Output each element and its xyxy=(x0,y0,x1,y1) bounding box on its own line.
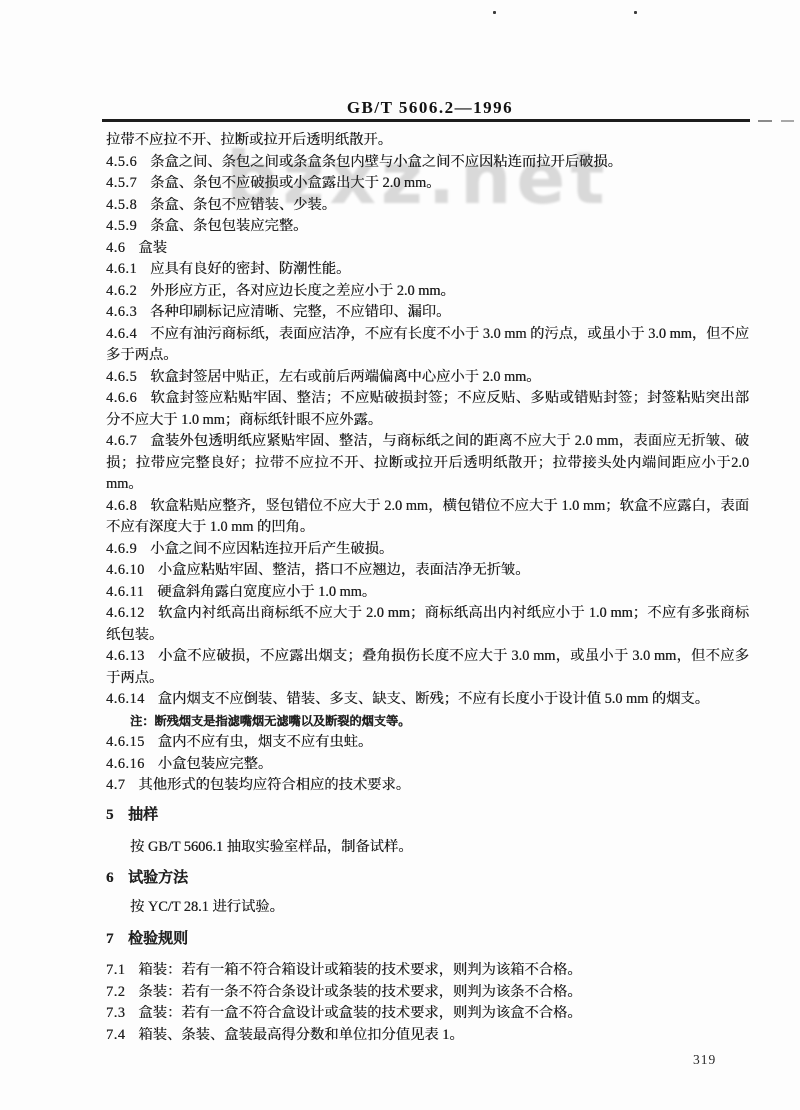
note-line: 注：断残烟支是指滤嘴烟无滤嘴以及断裂的烟支等。 xyxy=(106,711,749,733)
clause-4-6-10: 4.6.10小盒应粘贴牢固、整洁，搭口不应翘边，表面洁净无折皱。 xyxy=(106,560,749,582)
clause-number: 7.2 xyxy=(106,984,125,1000)
clause-number: 4.6.3 xyxy=(106,304,137,320)
clause-text: 不应有油污商标纸，表面应洁净，不应有长度不小于 3.0 mm 的污点，或虽小于 … xyxy=(106,326,749,364)
standard-code-header: GB/T 5606.2—1996 xyxy=(106,98,754,118)
clause-number: 4.6.15 xyxy=(106,734,145,750)
clause-4-6-9: 4.6.9小盒之间不应因粘连拉开后产生破损。 xyxy=(106,539,749,561)
clause-text: 软盒封签应粘贴牢固、整洁；不应贴破损封签；不应反贴、多贴或错贴封签；封签粘贴突出… xyxy=(106,390,749,428)
clause-number: 4.6.5 xyxy=(106,369,137,385)
clause-text: 箱装、条装、盒装最高得分数和单位扣分值见表 1。 xyxy=(138,1027,463,1043)
clause-4-6-6: 4.6.6软盒封签应粘贴牢固、整洁；不应贴破损封签；不应反贴、多贴或错贴封签；封… xyxy=(106,388,749,431)
clause-number: 4.5.7 xyxy=(106,175,137,191)
clause-text: 条盒、条包不应破损或小盒露出大于 2.0 mm。 xyxy=(150,175,440,191)
section-title: 抽样 xyxy=(128,807,158,823)
section-paragraph: 按 GB/T 5606.1 抽取实验室样品，制备试样。 xyxy=(106,837,749,859)
clause-number: 4.6.11 xyxy=(106,584,144,600)
clause-number: 4.6.12 xyxy=(106,605,145,621)
clause-number: 7.3 xyxy=(106,1005,125,1021)
section-heading-sampling: 5抽样 xyxy=(106,805,749,827)
clause-number: 7.4 xyxy=(106,1027,125,1043)
section-number: 7 xyxy=(106,931,114,947)
clause-4-5-9: 4.5.9条盒、条包包装应完整。 xyxy=(106,216,749,238)
clause-number: 4.6.7 xyxy=(106,433,137,449)
scan-speck xyxy=(493,11,496,14)
header-divider-rule xyxy=(102,119,750,122)
clause-4-6-3: 4.6.3各种印刷标记应清晰、完整，不应错印、漏印。 xyxy=(106,302,749,324)
clause-text: 条装：若有一条不符合条设计或条装的技术要求，则判为该条不合格。 xyxy=(138,984,581,1000)
clause-number: 4.6.10 xyxy=(106,562,145,578)
clause-text: 应具有良好的密封、防潮性能。 xyxy=(150,261,350,277)
clause-7-3: 7.3盒装：若有一盒不符合盒设计或盒装的技术要求，则判为该盒不合格。 xyxy=(106,1003,749,1025)
section-number: 5 xyxy=(106,807,114,823)
clause-text: 盒装 xyxy=(138,240,167,256)
clause-4-5-8: 4.5.8条盒、条包不应错装、少装。 xyxy=(106,195,749,217)
clause-text: 小盒不应破损，不应露出烟支；叠角损伤长度不应大于 3.0 mm，或虽小于 3.0… xyxy=(106,648,749,686)
clause-text: 箱装：若有一箱不符合箱设计或箱装的技术要求，则判为该箱不合格。 xyxy=(138,962,581,978)
clause-4-6-1: 4.6.1应具有良好的密封、防潮性能。 xyxy=(106,259,749,281)
clause-number: 4.6.1 xyxy=(106,261,137,277)
clause-4-6-13: 4.6.13小盒不应破损，不应露出烟支；叠角损伤长度不应大于 3.0 mm，或虽… xyxy=(106,646,749,689)
page-number: 319 xyxy=(693,1052,716,1068)
clause-4-6-4: 4.6.4不应有油污商标纸，表面应洁净，不应有长度不小于 3.0 mm 的污点，… xyxy=(106,324,749,367)
clause-7-1: 7.1箱装：若有一箱不符合箱设计或箱装的技术要求，则判为该箱不合格。 xyxy=(106,960,749,982)
clause-4-6-12: 4.6.12软盒内衬纸高出商标纸不应大于 2.0 mm；商标纸高出内衬纸应小于 … xyxy=(106,603,749,646)
note-text: 注：断残烟支是指滤嘴烟无滤嘴以及断裂的烟支等。 xyxy=(130,714,410,728)
clause-7-4: 7.4箱装、条装、盒装最高得分数和单位扣分值见表 1。 xyxy=(106,1025,749,1047)
clause-text: 软盒粘贴应整齐，竖包错位不应大于 2.0 mm，横包错位不应大于 1.0 mm；… xyxy=(106,498,749,536)
clause-4-6-11: 4.6.11硬盒斜角露白宽度应小于 1.0 mm。 xyxy=(106,582,749,604)
clause-number: 4.6.8 xyxy=(106,498,137,514)
section-title: 检验规则 xyxy=(128,931,188,947)
header-rule-fragment xyxy=(781,120,794,122)
clause-7-2: 7.2条装：若有一条不符合条设计或条装的技术要求，则判为该条不合格。 xyxy=(106,982,749,1004)
clause-4-6-15: 4.6.15盒内不应有虫，烟支不应有虫蛀。 xyxy=(106,732,749,754)
paragraph-text: 按 YC/T 28.1 进行试验。 xyxy=(130,899,284,915)
inspection-rule-list: 7.1箱装：若有一箱不符合箱设计或箱装的技术要求，则判为该箱不合格。 7.2条装… xyxy=(106,960,749,1046)
scan-speck xyxy=(634,11,637,14)
document-body: 拉带不应拉不开、拉断或拉开后透明纸散开。 4.5.6条盒之间、条包之间或条盒条包… xyxy=(106,130,749,1046)
clause-text: 小盒包装应完整。 xyxy=(158,756,272,772)
clause-text: 拉带不应拉不开、拉断或拉开后透明纸散开。 xyxy=(106,132,392,148)
clause-text: 其他形式的包装均应符合相应的技术要求。 xyxy=(138,777,410,793)
section-heading-inspection-rules: 7检验规则 xyxy=(106,929,749,951)
clause-4-6-2: 4.6.2外形应方正，各对应边长度之差应小于 2.0 mm。 xyxy=(106,281,749,303)
clause-text: 小盒之间不应因粘连拉开后产生破损。 xyxy=(150,541,393,557)
clause-text: 小盒应粘贴牢固、整洁，搭口不应翘边，表面洁净无折皱。 xyxy=(158,562,530,578)
clause-4-6: 4.6盒装 xyxy=(106,238,749,260)
clause-number: 4.6.4 xyxy=(106,326,137,342)
clause-number: 4.6.6 xyxy=(106,390,137,406)
clause-4-6-5: 4.6.5软盒封签居中贴正，左右或前后两端偏离中心应小于 2.0 mm。 xyxy=(106,367,749,389)
clause-continuation: 拉带不应拉不开、拉断或拉开后透明纸散开。 xyxy=(106,130,749,152)
clause-4-6-16: 4.6.16小盒包装应完整。 xyxy=(106,754,749,776)
clause-text: 盒装：若有一盒不符合盒设计或盒装的技术要求，则判为该盒不合格。 xyxy=(138,1005,581,1021)
clause-text: 各种印刷标记应清晰、完整，不应错印、漏印。 xyxy=(150,304,450,320)
clause-4-6-8: 4.6.8软盒粘贴应整齐，竖包错位不应大于 2.0 mm，横包错位不应大于 1.… xyxy=(106,496,749,539)
clause-text: 盒内烟支不应倒装、错装、多支、缺支、断残；不应有长度小于设计值 5.0 mm 的… xyxy=(158,691,709,707)
scanned-document-page: bzxz.net GB/T 5606.2—1996 拉带不应拉不开、拉断或拉开后… xyxy=(0,0,800,1110)
section-title: 试验方法 xyxy=(128,870,188,886)
clause-text: 盒装外包透明纸应紧贴牢固、整洁，与商标纸之间的距离不应大于 2.0 mm，表面应… xyxy=(106,433,749,492)
clause-number: 4.6.13 xyxy=(106,648,145,664)
header-rule-fragment xyxy=(758,120,772,122)
clause-number: 4.6 xyxy=(106,240,125,256)
clause-number: 4.6.14 xyxy=(106,691,145,707)
clause-text: 外形应方正，各对应边长度之差应小于 2.0 mm。 xyxy=(150,283,455,299)
clause-text: 软盒内衬纸高出商标纸不应大于 2.0 mm；商标纸高出内衬纸应小于 1.0 mm… xyxy=(106,605,749,643)
clause-text: 软盒封签居中贴正，左右或前后两端偏离中心应小于 2.0 mm。 xyxy=(150,369,540,385)
section-number: 6 xyxy=(106,870,114,886)
clause-number: 4.5.6 xyxy=(106,154,137,170)
clause-4-7: 4.7其他形式的包装均应符合相应的技术要求。 xyxy=(106,775,749,797)
clause-number: 4.5.8 xyxy=(106,197,137,213)
clause-4-6-14: 4.6.14盒内烟支不应倒装、错装、多支、缺支、断残；不应有长度小于设计值 5.… xyxy=(106,689,749,711)
section-heading-test-method: 6试验方法 xyxy=(106,868,749,890)
clause-text: 硬盒斜角露白宽度应小于 1.0 mm。 xyxy=(157,584,376,600)
clause-text: 条盒、条包不应错装、少装。 xyxy=(150,197,336,213)
clause-number: 4.5.9 xyxy=(106,218,137,234)
clause-number: 4.6.16 xyxy=(106,756,145,772)
paragraph-text: 按 GB/T 5606.1 抽取实验室样品，制备试样。 xyxy=(130,839,413,855)
clause-4-5-7: 4.5.7条盒、条包不应破损或小盒露出大于 2.0 mm。 xyxy=(106,173,749,195)
clause-number: 4.6.9 xyxy=(106,541,137,557)
section-paragraph: 按 YC/T 28.1 进行试验。 xyxy=(106,897,749,919)
clause-4-6-7: 4.6.7盒装外包透明纸应紧贴牢固、整洁，与商标纸之间的距离不应大于 2.0 m… xyxy=(106,431,749,496)
clause-number: 7.1 xyxy=(106,962,125,978)
clause-number: 4.7 xyxy=(106,777,125,793)
clause-text: 条盒之间、条包之间或条盒条包内壁与小盒之间不应因粘连而拉开后破损。 xyxy=(150,154,622,170)
clause-text: 条盒、条包包装应完整。 xyxy=(150,218,307,234)
clause-4-5-6: 4.5.6条盒之间、条包之间或条盒条包内壁与小盒之间不应因粘连而拉开后破损。 xyxy=(106,152,749,174)
clause-text: 盒内不应有虫，烟支不应有虫蛀。 xyxy=(158,734,372,750)
clause-number: 4.6.2 xyxy=(106,283,137,299)
